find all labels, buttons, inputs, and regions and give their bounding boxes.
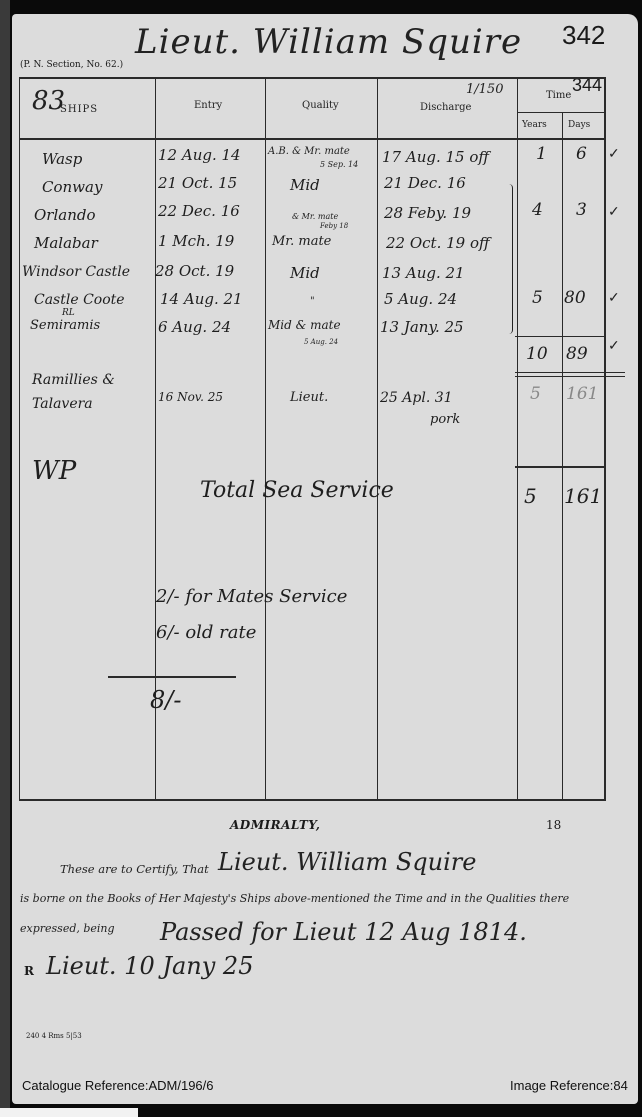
initials: WP <box>32 456 76 486</box>
bracket-mark <box>508 184 513 334</box>
quality-note: Feby 18 <box>320 222 348 230</box>
officer-name-heading: Lieut. William Squire <box>135 22 522 62</box>
certificate-officer-name: Lieut. William Squire <box>218 848 476 876</box>
discharge-date: 17 Aug. 15 off <box>382 148 489 166</box>
scan-border <box>0 0 10 1117</box>
discharge-date: 13 Aug. 21 <box>382 264 465 282</box>
col-divider-quality <box>377 77 378 801</box>
discharge-date: 21 Dec. 16 <box>384 174 466 192</box>
entry-date: 14 Aug. 21 <box>160 290 243 308</box>
col-divider-entry <box>265 77 266 801</box>
quality-note: 5 Aug. 24 <box>304 338 338 346</box>
ship-name: Wasp <box>42 150 82 168</box>
column-header-years: Years <box>522 120 547 130</box>
quality: Mr. mate <box>272 234 331 249</box>
entry-date: 28 Oct. 19 <box>155 262 234 280</box>
ship-note: RL <box>62 308 75 318</box>
column-header-time: Time <box>546 90 571 101</box>
ship-name: Malabar <box>34 234 98 252</box>
ship-name: Windsor Castle <box>22 264 130 280</box>
years-value: 5 <box>530 384 541 404</box>
catalogue-reference: Catalogue Reference:ADM/196/6 <box>22 1078 214 1093</box>
discharge-date: 22 Oct. 19 off <box>386 234 490 252</box>
discharge-date: 25 Apl. 31 <box>380 390 453 406</box>
years-value: 1 <box>536 144 547 164</box>
page-number-top: 342 <box>562 20 605 51</box>
ship-name: Orlando <box>34 206 96 224</box>
check-mark: ✓ <box>608 146 620 162</box>
pay-note: 6/- old rate <box>156 622 256 643</box>
lieut-note: Lieut. 10 Jany 25 <box>46 952 253 980</box>
discharge-date: 28 Feby. 19 <box>384 204 471 222</box>
subtotal-line <box>515 336 605 337</box>
column-header-discharge: Discharge <box>420 102 471 113</box>
scan-label-strip <box>0 1108 138 1117</box>
image-reference: Image Reference:84 <box>510 1078 628 1093</box>
days-value: 6 <box>576 144 587 164</box>
days-value: 161 <box>566 384 598 404</box>
double-line-top <box>515 372 625 373</box>
total-line <box>515 466 605 468</box>
printer-mark: 240 4 Rms 5|53 <box>26 1032 82 1040</box>
quality: & Mr. mate <box>292 212 338 221</box>
entry-date: 21 Oct. 15 <box>158 174 237 192</box>
entry-date: 12 Aug. 14 <box>158 146 241 164</box>
days-value: 3 <box>576 200 587 220</box>
lieut-prefix: R <box>24 964 34 978</box>
quality: A.B. & Mr. mate <box>268 146 350 157</box>
column-header-entry: Entry <box>194 100 222 111</box>
double-line-bottom <box>515 376 625 377</box>
discharge-date: 13 Jany. 25 <box>380 318 464 336</box>
certificate-line2: is borne on the Books of Her Majesty's S… <box>20 892 569 905</box>
check-mark: ✓ <box>608 204 620 220</box>
quality-note: 5 Sep. 14 <box>320 160 358 169</box>
passed-note: Passed for Lieut 12 Aug 1814. <box>160 918 527 946</box>
col-divider-discharge <box>517 77 518 801</box>
discharge-date: 5 Aug. 24 <box>384 290 457 308</box>
certificate-heading: ADMIRALTY, <box>230 818 320 832</box>
quality: Mid <box>290 264 320 282</box>
column-header-ships: SHIPS <box>60 104 98 115</box>
col-border-right <box>604 77 606 801</box>
days-value: 80 <box>564 288 586 308</box>
column-header-days: Days <box>568 120 590 130</box>
certificate-line1-prefix: These are to Certify, That <box>60 862 209 876</box>
check-mark: ✓ <box>608 290 620 306</box>
subtotal-days: 89 <box>566 344 588 364</box>
col-border-left <box>19 77 20 801</box>
ship-name: Conway <box>42 178 102 196</box>
ship-name: Semiramis <box>30 318 100 333</box>
column-header-quality: Quality <box>302 100 339 111</box>
ship-name: Castle Coote <box>34 292 125 308</box>
col-divider-years <box>562 112 563 801</box>
total-days: 161 <box>564 484 602 508</box>
time-subheader-divider <box>517 112 605 113</box>
discharge-note: 1/150 <box>466 82 503 97</box>
pay-total: 8/- <box>150 686 181 714</box>
check-mark: ✓ <box>608 338 620 354</box>
ship-name: Ramillies & Talavera <box>32 368 142 416</box>
subtotal-years: 10 <box>526 344 548 364</box>
certificate-line3-prefix: expressed, being <box>20 922 115 935</box>
entry-date: 22 Dec. 16 <box>158 202 240 220</box>
years-value: 5 <box>532 288 543 308</box>
total-label: Total Sea Service <box>200 478 394 503</box>
quality: Lieut. <box>290 390 328 405</box>
quality: Mid <box>290 176 320 194</box>
years-value: 4 <box>532 200 543 220</box>
total-years: 5 <box>524 484 537 508</box>
quality: Mid & mate <box>268 318 341 332</box>
entry-date: 16 Nov. 25 <box>158 390 223 404</box>
entry-date: 1 Mch. 19 <box>158 232 234 250</box>
discharge-note: pork <box>430 412 460 427</box>
pay-note: 2/- for Mates Service <box>156 586 347 607</box>
quality: " <box>310 296 315 307</box>
entry-date: 6 Aug. 24 <box>158 318 231 336</box>
pay-sum-line <box>108 676 236 678</box>
form-code: (P. N. Section, No. 62.) <box>20 60 123 70</box>
certificate-year-prefix: 18 <box>546 818 561 832</box>
